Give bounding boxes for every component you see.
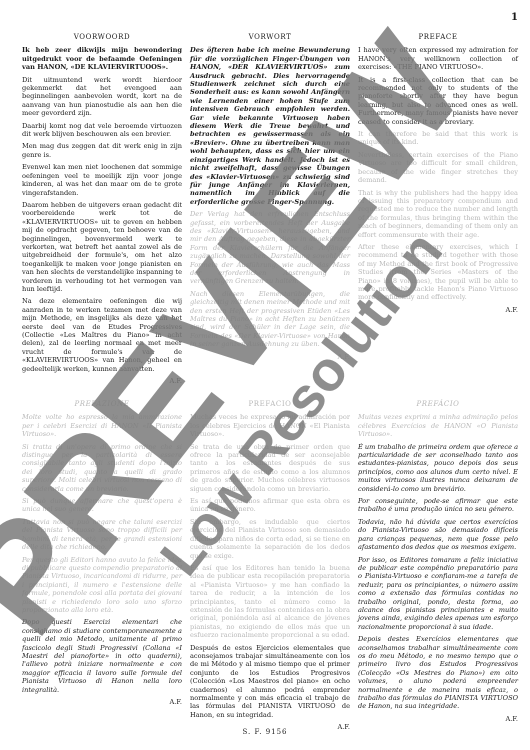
section-title: VOORWOORD: [22, 33, 182, 41]
paragraph: Después de estos Ejercicios elementales …: [190, 644, 350, 720]
paragraph: Dopo questi Esercizi elementari che cons…: [22, 618, 182, 694]
paragraph: Por isso, os Editores tomaram a feliz in…: [358, 556, 518, 632]
paragraph: Depois destes Exercícios elementares que…: [358, 635, 518, 711]
paragraph: Muchas veces he expresado mi admiración …: [190, 413, 350, 438]
paragraph: Si può dunque affermare che quest'opera …: [22, 497, 182, 514]
paragraph: Nevertheless, certain exercises of the P…: [358, 151, 518, 185]
paragraph: I have very often expressed my admiratio…: [358, 46, 518, 71]
signature: A.F.: [358, 306, 518, 314]
paragraph: Muitas vezes exprimi a minha admiração p…: [358, 413, 518, 438]
paragraph: Si tratta di un'opera di primo ordine ch…: [22, 443, 182, 493]
section-prefacio: PREFACIO Muchas veces he expresado mi ad…: [190, 400, 350, 732]
paragraph: Per questo gli Editori hanno avuto la fe…: [22, 556, 182, 615]
paragraph: Por conseguinte, pode-se afirmar que est…: [358, 497, 518, 514]
section-title: PREFACE: [358, 33, 518, 41]
catalog-number: S. F. 9156: [0, 728, 530, 736]
paragraph: That is why the publishers had the happy…: [358, 189, 518, 239]
section-vorwort: VORWORT Des öfteren habe ich meine Bewun…: [190, 33, 350, 361]
section-title: PREFACIO: [190, 400, 350, 408]
paragraph: It can therefore be said that this work …: [358, 130, 518, 147]
paragraph: Sin embargo, es indudable que ciertos ej…: [190, 518, 350, 560]
paragraph: Men mag dus zeggen dat dit werk enig in …: [22, 142, 182, 159]
section-voorwoord: VOORWOORD Ik heb zeer dikwijls mijn bewo…: [22, 33, 182, 385]
section-title: PREFÁCIO: [358, 400, 518, 408]
paragraph: Ik heb zeer dikwijls mijn bewondering ui…: [22, 46, 182, 71]
paragraph: Dit uitmuntend werk wordt hierdoor geken…: [22, 76, 182, 118]
paragraph: Evenwel kan men niet loochenen dat sommi…: [22, 163, 182, 197]
section-title: PREFAZIONE: [22, 400, 182, 408]
paragraph: Na deze elementaire oefeningen die wij a…: [22, 297, 182, 373]
paragraph: Des öfteren habe ich meine Bewunderung f…: [190, 46, 350, 206]
paragraph: Molte volte ho espresso la mia ammirazio…: [22, 413, 182, 438]
page-number: 1: [511, 12, 518, 23]
signature: A.F.: [358, 715, 518, 723]
paragraph: Se trata de una obra de primer orden que…: [190, 443, 350, 493]
paragraph: It is a first-class collection that can …: [358, 76, 518, 126]
signature: A.F.: [22, 377, 182, 385]
paragraph: Nach diesen Elementarübungen, die gleich…: [190, 290, 350, 349]
paragraph: Daarbij komt nog dat vele beroemde virtu…: [22, 122, 182, 139]
section-prefacio-pt: PREFÁCIO Muitas vezes exprimi a minha ad…: [358, 400, 518, 723]
paragraph: Es así que los Editores han tenido la bu…: [190, 564, 350, 640]
section-title: VORWORT: [190, 33, 350, 41]
signature: A.F.: [190, 353, 350, 361]
paragraph: Tuttavia non si può negare che taluni es…: [22, 518, 182, 552]
paragraph: É um trabalho de primeira ordem que ofer…: [358, 443, 518, 493]
section-preface: PREFACE I have very often expressed my a…: [358, 33, 518, 314]
paragraph: Daarom hebben de uitgevers eraan gedacht…: [22, 201, 182, 293]
section-prefazione: PREFAZIONE Molte volte ho espresso la mi…: [22, 400, 182, 706]
paragraph: Es así que podemos afirmar que esta obra…: [190, 497, 350, 514]
signature: A.F.: [22, 698, 182, 706]
paragraph: Der Verlag hat den erfreulichen Entschlu…: [190, 210, 350, 286]
paragraph: After these elementary exercises, which …: [358, 243, 518, 302]
paragraph: Todavia, não há dúvida que certos exercí…: [358, 518, 518, 552]
